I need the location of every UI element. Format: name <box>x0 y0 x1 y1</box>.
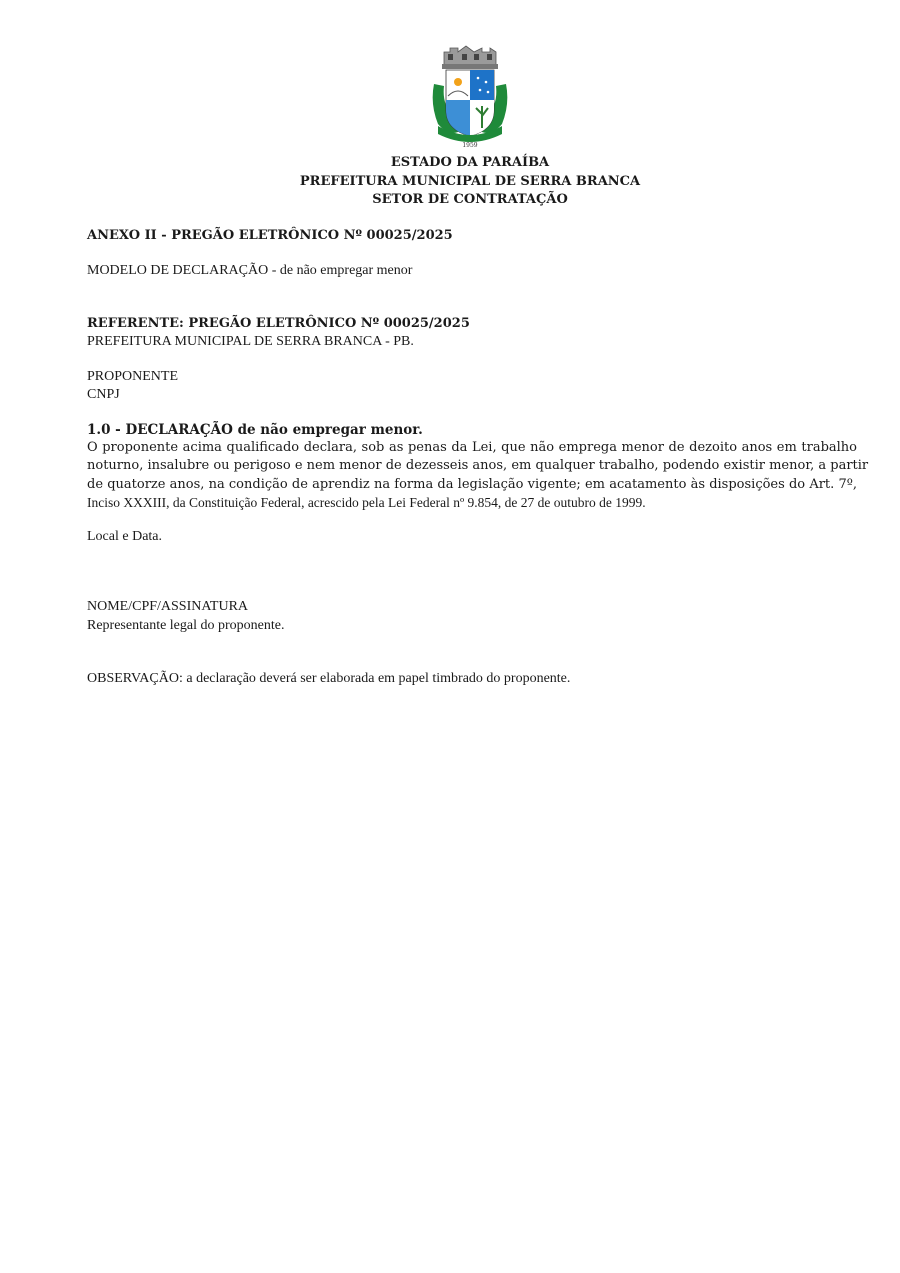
reference-title: REFERENTE: PREGÃO ELETRÔNICO Nº 00025/20… <box>87 315 470 333</box>
cnpj-label: CNPJ <box>87 386 120 404</box>
model-title: MODELO DE DECLARAÇÃO - de não empregar m… <box>87 262 412 280</box>
declaration-line: O proponente acima qualificado declara, … <box>87 439 857 457</box>
annex-title: ANEXO II - PREGÃO ELETRÔNICO Nº 00025/20… <box>87 227 453 245</box>
state-name: ESTADO DA PARAÍBA <box>0 154 900 173</box>
reference-entity: PREFEITURA MUNICIPAL DE SERRA BRANCA - P… <box>87 333 414 351</box>
document-page: 1959 ESTADO DA PARAÍBA PREFEITURA MUNICI… <box>0 0 900 1273</box>
observation-note: OBSERVAÇÃO: a declaração deverá ser elab… <box>87 670 570 688</box>
municipality-name: PREFEITURA MUNICIPAL DE SERRA BRANCA <box>0 173 900 192</box>
declaration-line: de quatorze anos, na condição de aprendi… <box>87 476 857 494</box>
svg-text:1959: 1959 <box>462 142 477 148</box>
declaration-line: Inciso XXXIII, da Constituição Federal, … <box>87 494 857 512</box>
signature-label: NOME/CPF/ASSINATURA <box>87 598 248 616</box>
declaration-body: O proponente acima qualificado declara, … <box>87 439 857 512</box>
department-name: SETOR DE CONTRATAÇÃO <box>0 191 900 210</box>
declaration-line: noturno, insalubre ou perigoso e nem men… <box>87 457 857 475</box>
signature-role: Representante legal do proponente. <box>87 617 284 635</box>
place-date: Local e Data. <box>87 528 162 546</box>
section-title: 1.0 - DECLARAÇÃO de não empregar menor. <box>87 421 423 439</box>
letterhead: ESTADO DA PARAÍBA PREFEITURA MUNICIPAL D… <box>0 154 900 210</box>
proponent-label: PROPONENTE <box>87 368 178 386</box>
coat-of-arms-logo: 1959 <box>428 44 512 148</box>
